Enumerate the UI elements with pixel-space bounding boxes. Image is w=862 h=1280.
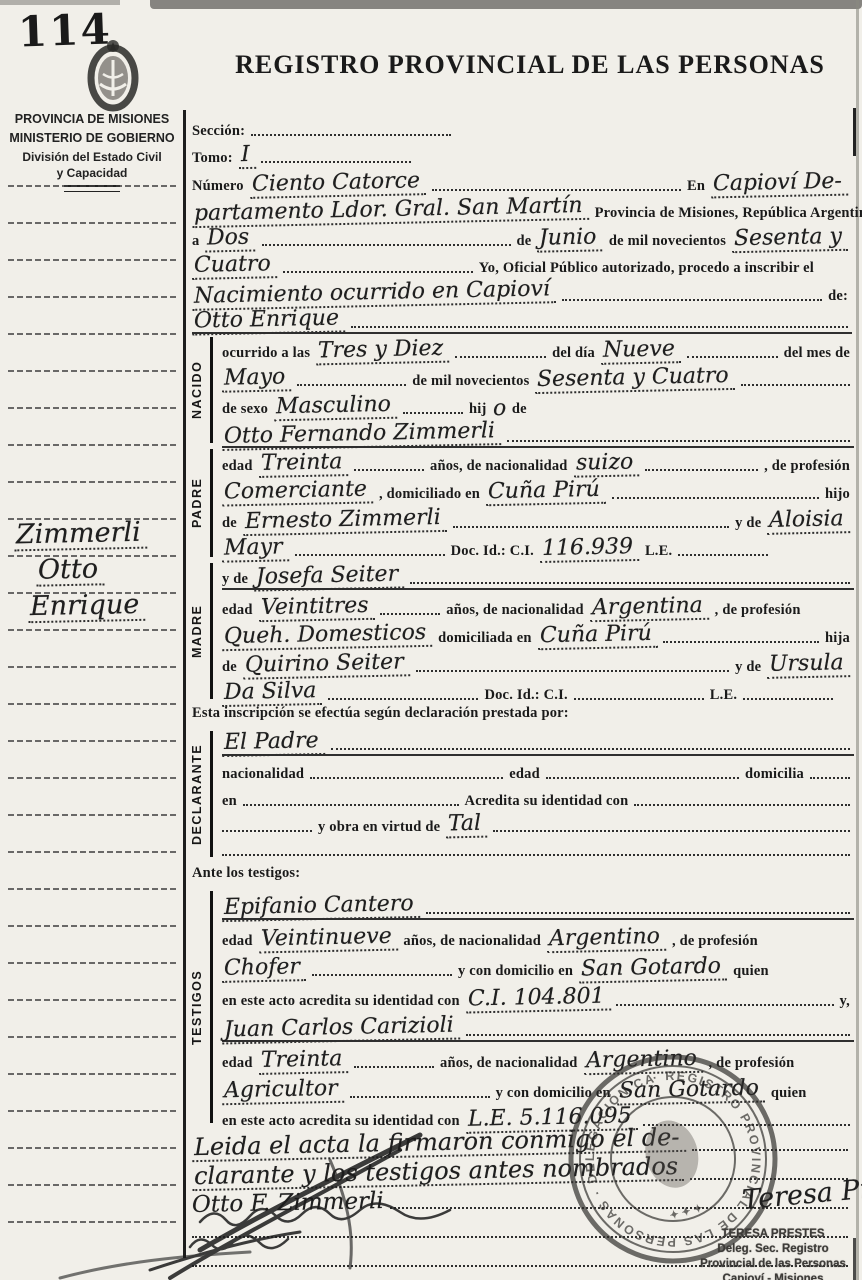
year-value-1: Sesenta y — [732, 225, 848, 252]
nacionalidad-value: Argentino — [547, 926, 666, 953]
testigo1-line: Chofer y con domicilio en San Gotardo qu… — [222, 950, 854, 980]
section-madre: MADRE y de Josefa Seiter edad Veintitres… — [186, 560, 854, 702]
padre-line: de Ernesto Zimmerli y de Aloisia — [222, 503, 854, 532]
sexo-value: Masculino — [274, 394, 397, 422]
dotted-fill — [380, 611, 440, 615]
de-label: de: — [828, 288, 848, 305]
declarante-line: en Acredita su identidad con — [222, 783, 854, 810]
dotted-fill — [351, 324, 848, 328]
print-label: y de — [735, 515, 761, 532]
field-numero: Número Ciento Catorce En Capioví De- — [192, 167, 852, 195]
ci-value: 116.939 — [540, 536, 639, 563]
declarante-line — [222, 836, 854, 860]
padre-line: edad Treinta años, de nacionalidad suizo… — [222, 446, 854, 475]
nacido-line: ocurrido a las Tres y Diez del día Nueve… — [222, 334, 854, 362]
seccion-label: Sección: — [192, 123, 245, 140]
provincia-print: Provincia de Misiones, República Argenti… — [595, 205, 862, 222]
madre-line: de Quirino Seiter y de Ursula — [222, 647, 854, 675]
dotted-fill — [243, 802, 459, 806]
print-label: años, de nacionalidad — [430, 458, 568, 475]
place-value: Capioví De- — [711, 170, 848, 198]
registrar-title: Deleg. Sec. Registro — [688, 1242, 858, 1257]
dotted-fill — [283, 269, 473, 273]
dotted-fill — [678, 552, 768, 556]
registrar-location: Capioví - Misiones — [688, 1272, 858, 1280]
testigo1-nombre: Epifanio Cantero — [222, 893, 420, 922]
testigo1-line: Epifanio Cantero — [222, 888, 854, 920]
dotted-fill — [262, 242, 511, 246]
print-label: Esta inscripción se efectúa según declar… — [192, 705, 569, 721]
print-label: años, de nacionalidad — [403, 933, 541, 950]
registrar-office: Provincial de las Personas — [688, 1257, 858, 1272]
page-edge-mark — [853, 108, 856, 156]
print-label: de — [512, 401, 527, 418]
scan-smudge — [150, 0, 862, 9]
section-declarante: DECLARANTE El Padre nacionalidad edad do… — [186, 728, 854, 860]
print-label: L.E. — [645, 543, 672, 560]
domicilio-value: Cuña Pirú — [537, 623, 657, 651]
edad-value: Treinta — [258, 451, 348, 478]
numero-label: Número — [192, 178, 244, 195]
declarante-line: y obra en virtud de Tal — [222, 810, 854, 836]
section-bar — [210, 563, 213, 699]
numero-value: Ciento Catorce — [249, 170, 426, 199]
print-label: y de — [735, 659, 761, 676]
print-label: en este acto acredita su identidad con — [222, 993, 460, 1010]
print-label: de sexo — [222, 401, 268, 418]
mes-value: Mayo — [222, 366, 292, 392]
dotted-fill — [645, 467, 758, 471]
dotted-fill — [261, 159, 411, 163]
print-label: y con domicilio en — [458, 963, 573, 980]
print-label: de — [222, 515, 237, 532]
domicilio-value: Cuña Pirú — [486, 479, 606, 507]
print-label: Ante los testigos: — [192, 865, 300, 881]
en-label: En — [687, 178, 705, 195]
field-fecha-2: Cuatro Yo, Oficial Público autorizado, p… — [192, 250, 852, 278]
abuelo-value: Ernesto Zimmerli — [243, 506, 447, 535]
dotted-fill — [403, 410, 463, 414]
print-label: Doc. Id.: C.I. — [451, 543, 534, 560]
print-label: , de profesión — [672, 933, 758, 950]
dotted-fill — [331, 746, 850, 750]
testigos-intro: Ante los testigos: — [192, 864, 852, 882]
dotted-fill — [466, 1032, 850, 1036]
dotted-fill — [663, 639, 819, 643]
print-label: nacionalidad — [222, 766, 304, 783]
abuelo-value: Quirino Seiter — [243, 651, 410, 679]
profesion-value: Comerciante — [222, 478, 373, 506]
print-label: edad — [222, 458, 253, 475]
print-label: edad — [509, 766, 540, 783]
print-label: en — [222, 793, 237, 810]
year-value-2: Cuatro — [192, 253, 277, 280]
section-bar — [210, 891, 213, 1123]
dotted-fill — [354, 467, 424, 471]
de-mil-label: de mil novecientos — [609, 233, 726, 250]
oficial-print: Yo, Oficial Público autorizado, procedo … — [479, 260, 814, 277]
profesion-value: Agricultor — [222, 1078, 344, 1106]
print-label: de mil novecientos — [412, 373, 529, 390]
hijo-letter: o — [492, 398, 506, 420]
anio-value: Sesenta y Cuatro — [535, 365, 735, 394]
print-label: quien — [733, 963, 769, 980]
profesion-value: Chofer — [222, 956, 306, 983]
edad-value: Treinta — [258, 1048, 348, 1075]
section-label-madre: MADRE — [186, 560, 208, 702]
virtud-value: Tal — [446, 813, 488, 839]
dotted-fill — [574, 696, 704, 700]
section-label-padre: PADRE — [186, 446, 208, 560]
section-label-declarante: DECLARANTE — [186, 728, 208, 860]
a-label: a — [192, 233, 199, 250]
section-bar — [210, 449, 213, 557]
registrar-name: TERESA PRESTES — [688, 1227, 858, 1242]
field-fecha: a Dos de Junio de mil novecientos Sesent… — [192, 222, 852, 250]
print-label: edad — [222, 933, 253, 950]
testigo2-nombre: Juan Carlos Carizioli — [222, 1015, 460, 1045]
dotted-fill — [453, 524, 729, 528]
print-label: edad — [222, 602, 253, 619]
print-label: hija — [825, 630, 850, 647]
madre-line: Da Silva Doc. Id.: C.I. L.E. — [222, 676, 854, 704]
section-label-nacido: NACIDO — [186, 334, 208, 446]
dotted-fill — [432, 187, 681, 191]
dotted-fill — [612, 495, 819, 499]
print-label: edad — [222, 1055, 253, 1072]
print-label: hij — [469, 401, 487, 418]
nacido-line: Otto Fernando Zimmerli — [222, 418, 854, 448]
print-label: y, — [840, 993, 850, 1010]
field-seccion: Sección: — [192, 112, 852, 140]
dotted-fill — [295, 552, 445, 556]
abuela-apellido-value: Da Silva — [222, 680, 323, 707]
nacido-line: de sexo Masculino hij o de — [222, 390, 854, 418]
margin-surname: Zimmerli — [14, 519, 147, 552]
abuela-value: Ursula — [767, 652, 850, 679]
section-label-testigos: TESTIGOS — [186, 888, 208, 1126]
print-label: del día — [552, 345, 595, 362]
signature-declarante: Otto F. Zimmerli — [192, 1190, 384, 1217]
dotted-fill — [810, 775, 850, 779]
domicilio-value: San Gotardo — [579, 955, 727, 983]
print-label: ocurrido a las — [222, 345, 310, 362]
margin-annotation: Zimmerli Otto Enrique — [14, 520, 174, 628]
dotted-fill — [328, 696, 478, 700]
field-departamento: partamento Ldor. Gral. San Martín Provin… — [192, 195, 852, 223]
dotted-fill — [222, 828, 312, 832]
dotted-fill — [616, 1002, 833, 1006]
declarante-line: nacionalidad edad domicilia — [222, 756, 854, 783]
dotted-fill — [546, 775, 739, 779]
print-label: L.E. — [710, 687, 737, 704]
tomo-label: Tomo: — [192, 150, 233, 167]
field-tomo: Tomo: I — [192, 140, 852, 168]
dia-value: Nueve — [601, 338, 681, 365]
print-label: y obra en virtud de — [318, 819, 440, 836]
de-label: de — [517, 233, 532, 250]
dotted-fill — [222, 852, 850, 856]
dotted-fill — [741, 382, 850, 386]
testigo1-line: edad Veintinueve años, de nacionalidad A… — [222, 920, 854, 950]
dotted-fill — [350, 1094, 490, 1098]
dotted-fill — [455, 354, 546, 358]
padre-line: Comerciante , domiciliado en Cuña Pirú h… — [222, 475, 854, 504]
dotted-fill — [310, 775, 503, 779]
print-label: años, de nacionalidad — [446, 602, 584, 619]
testigo2-line: Juan Carlos Carizioli — [222, 1010, 854, 1042]
print-label: domicilia — [745, 766, 804, 783]
registrar-stamp-text: TERESA PRESTES Deleg. Sec. Registro Prov… — [688, 1227, 858, 1280]
day-value: Dos — [205, 226, 256, 252]
documento-value: C.I. 104.801 — [465, 985, 610, 1013]
field-acto: Nacimiento ocurrido en Capioví de: — [192, 277, 852, 305]
print-label: , domiciliado en — [379, 486, 480, 503]
org-line: PROVINCIA DE MISIONES — [6, 110, 178, 129]
nacido-line: Mayo de mil novecientos Sesenta y Cuatro — [222, 362, 854, 390]
nacionalidad-value: Argentina — [590, 595, 709, 622]
margin-middlename: Enrique — [28, 591, 146, 623]
section-nacido: NACIDO ocurrido a las Tres y Diez del dí… — [186, 334, 854, 446]
declarante-value: El Padre — [222, 730, 325, 757]
section-padre: PADRE edad Treinta años, de nacionalidad… — [186, 446, 854, 560]
madre-line: y de Josefa Seiter — [222, 560, 854, 590]
dotted-fill — [507, 438, 850, 442]
madre-nombre-value: Josefa Seiter — [254, 564, 405, 592]
print-label: hijo — [825, 486, 850, 503]
print-label: , de profesión — [715, 602, 801, 619]
print-label: del mes de — [784, 345, 850, 362]
dotted-fill — [416, 668, 730, 672]
dotted-fill — [687, 354, 778, 358]
tomo-value: I — [238, 144, 255, 169]
edad-value: Veintitres — [258, 595, 374, 622]
month-value: Junio — [537, 226, 603, 252]
nacionalidad-value: suizo — [573, 451, 639, 477]
dotted-fill — [634, 802, 850, 806]
margin-firstname: Otto — [36, 555, 105, 586]
dotted-fill — [410, 580, 850, 584]
abuela-apellido-value: Mayr — [222, 536, 289, 562]
page-edge — [856, 0, 859, 1280]
testigo1-line: en este acto acredita su identidad con C… — [222, 980, 854, 1010]
padre-line: Mayr Doc. Id.: C.I. 116.939 L.E. — [222, 532, 854, 561]
dotted-fill — [251, 132, 451, 136]
field-inscripto: Otto Enrique — [192, 305, 852, 335]
margin-ruled-lines — [8, 150, 176, 1258]
dotted-fill — [297, 382, 406, 386]
org-line: MINISTERIO DE GOBIERNO — [6, 129, 178, 148]
dotted-fill — [426, 910, 850, 914]
print-label: domiciliada en — [438, 630, 531, 647]
madre-line: edad Veintitres años, de nacionalidad Ar… — [222, 590, 854, 618]
section-bar — [210, 731, 213, 857]
hora-value: Tres y Diez — [316, 338, 450, 366]
dotted-fill — [354, 1064, 434, 1068]
dotted-fill — [493, 828, 850, 832]
print-label: , de profesión — [764, 458, 850, 475]
print-label: y de — [222, 571, 248, 588]
abuela-value: Aloisia — [767, 508, 850, 535]
document-title: REGISTRO PROVINCIAL DE LAS PERSONAS — [230, 50, 830, 80]
edad-value: Veintinueve — [258, 926, 397, 954]
header-fields: Sección: Tomo: I Número Ciento Catorce E… — [192, 112, 852, 334]
dotted-fill — [743, 696, 833, 700]
print-label: de — [222, 659, 237, 676]
dotted-fill — [312, 972, 452, 976]
dotted-fill — [562, 297, 822, 301]
declarante-line: El Padre — [222, 728, 854, 756]
print-label: Acredita su identidad con — [465, 793, 629, 810]
coat-of-arms-icon — [84, 36, 142, 116]
madre-line: Queh. Domesticos domiciliada en Cuña Pir… — [222, 619, 854, 647]
print-label: Doc. Id.: C.I. — [484, 687, 567, 704]
profesion-value: Queh. Domesticos — [222, 622, 433, 651]
declaracion-intro: Esta inscripción se efectúa según declar… — [192, 704, 852, 722]
scanned-birth-record: 114 REGISTRO PROVINCIAL DE LAS PERSONAS … — [0, 0, 862, 1280]
inscripto-name: Otto Enrique — [192, 307, 346, 335]
section-bar — [210, 337, 213, 443]
